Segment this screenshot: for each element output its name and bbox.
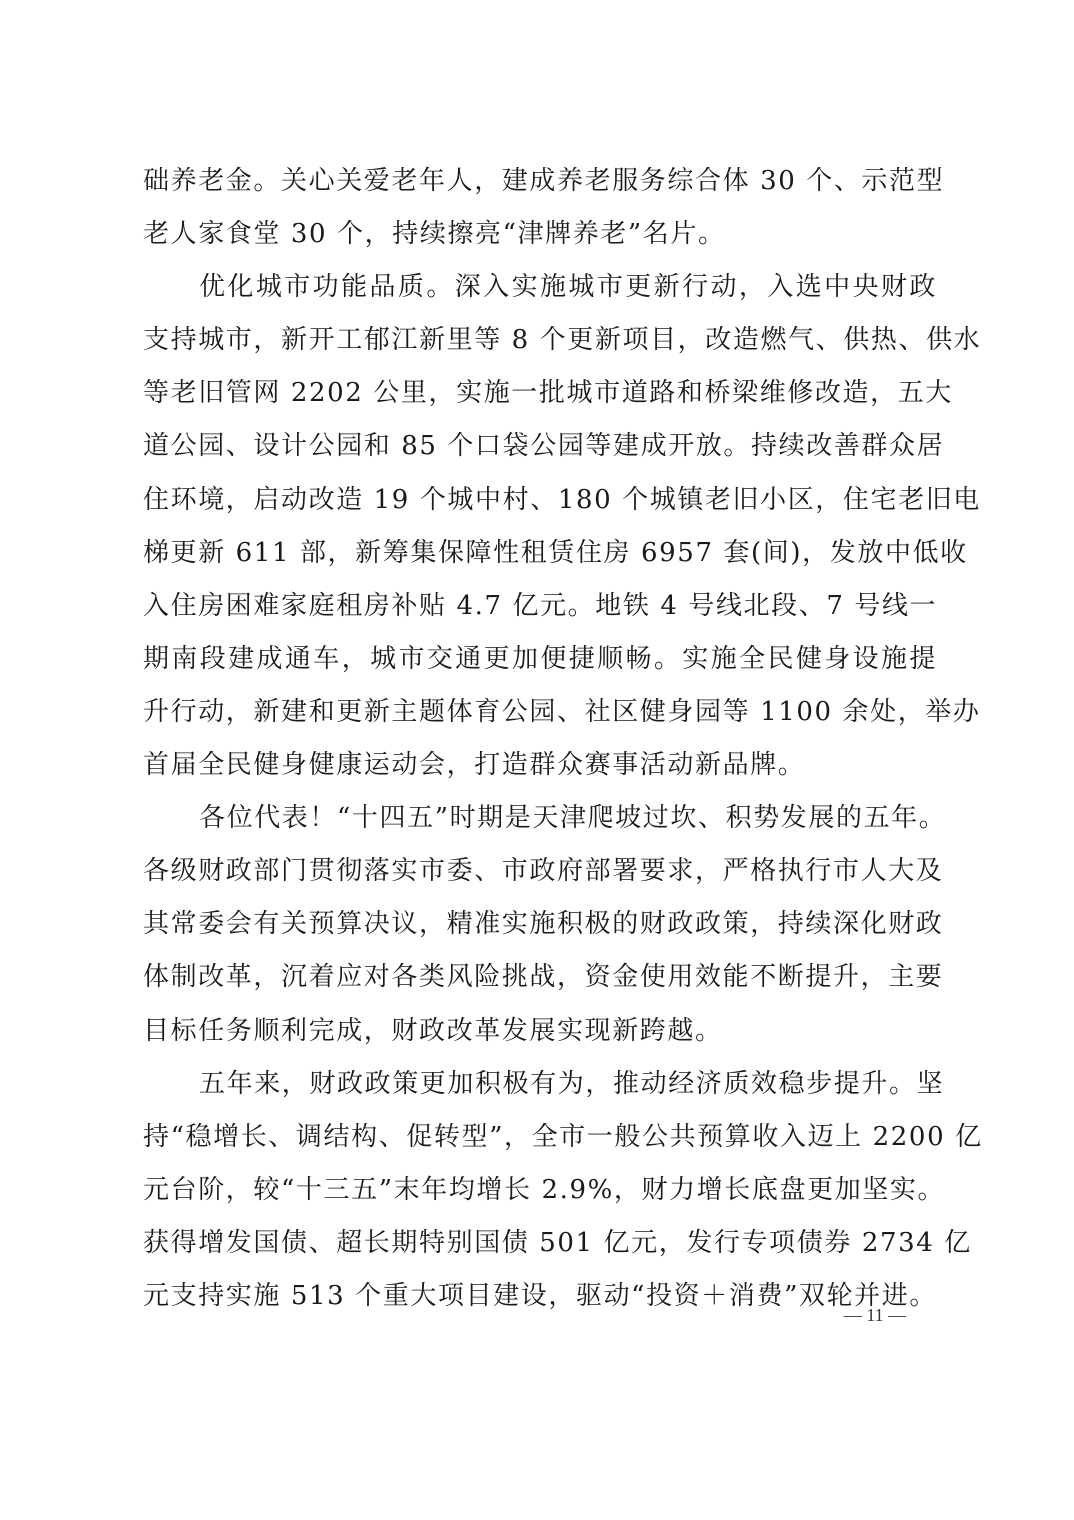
- text-line: 梯更新 611 部，新筹集保障性租赁住房 6957 套(间)，发放中低收: [143, 527, 937, 580]
- paragraph-five-year-review: 各位代表！“十四五”时期是天津爬坡过坎、积势发展的五年。 各级财政部门贯彻落实市…: [143, 792, 937, 1057]
- text-line: 入住房困难家庭租房补贴 4.7 亿元。地铁 4 号线北段、7 号线一: [143, 580, 937, 633]
- text-line: 各级财政部门贯彻落实市委、市政府部署要求，严格执行市人大及: [143, 845, 937, 898]
- paragraph-elderly-care: 础养老金。关心关爱老年人，建成养老服务综合体 30 个、示范型 老人家食堂 30…: [143, 155, 937, 261]
- text-line: 等老旧管网 2202 公里，实施一批城市道路和桥梁维修改造，五大: [143, 367, 937, 420]
- paragraph-urban-quality: 优化城市功能品质。深入实施城市更新行动，入选中央财政 支持城市，新开工郁江新里等…: [143, 261, 937, 792]
- document-page: 础养老金。关心关爱老年人，建成养老服务综合体 30 个、示范型 老人家食堂 30…: [0, 0, 1074, 1520]
- page-number: — 11 —: [820, 1305, 930, 1326]
- text-line: 首届全民健身健康运动会，打造群众赛事活动新品牌。: [143, 739, 937, 792]
- text-line: 道公园、设计公园和 85 个口袋公园等建成开放。持续改善群众居: [143, 420, 937, 473]
- text-line: 获得增发国债、超长期特别国债 501 亿元，发行专项债券 2734 亿: [143, 1217, 937, 1270]
- text-line: 老人家食堂 30 个，持续擦亮“津牌养老”名片。: [143, 208, 937, 261]
- text-line: 础养老金。关心关爱老年人，建成养老服务综合体 30 个、示范型: [143, 155, 937, 208]
- text-line: 升行动，新建和更新主题体育公园、社区健身园等 1100 余处，举办: [143, 686, 937, 739]
- text-line: 五年来，财政政策更加积极有为，推动经济质效稳步提升。坚: [143, 1058, 937, 1111]
- text-line: 各位代表！“十四五”时期是天津爬坡过坎、积势发展的五年。: [143, 792, 937, 845]
- text-line: 元台阶，较“十三五”末年均增长 2.9%，财力增长底盘更加坚实。: [143, 1164, 937, 1217]
- text-line: 期南段建成通车，城市交通更加便捷顺畅。实施全民健身设施提: [143, 633, 937, 686]
- text-line: 元支持实施 513 个重大项目建设，驱动“投资＋消费”双轮并进。: [143, 1270, 937, 1323]
- text-line: 持“稳增长、调结构、促转型”，全市一般公共预算收入迈上 2200 亿: [143, 1111, 937, 1164]
- text-line: 其常委会有关预算决议，精准实施积极的财政政策，持续深化财政: [143, 898, 937, 951]
- paragraph-fiscal-policy: 五年来，财政政策更加积极有为，推动经济质效稳步提升。坚 持“稳增长、调结构、促转…: [143, 1058, 937, 1323]
- text-line: 住环境，启动改造 19 个城中村、180 个城镇老旧小区，住宅老旧电: [143, 474, 937, 527]
- text-line: 目标任务顺利完成，财政改革发展实现新跨越。: [143, 1005, 937, 1058]
- body-text: 础养老金。关心关爱老年人，建成养老服务综合体 30 个、示范型 老人家食堂 30…: [143, 155, 937, 1323]
- text-line: 体制改革，沉着应对各类风险挑战，资金使用效能不断提升，主要: [143, 951, 937, 1004]
- text-line: 优化城市功能品质。深入实施城市更新行动，入选中央财政: [143, 261, 937, 314]
- text-line: 支持城市，新开工郁江新里等 8 个更新项目，改造燃气、供热、供水: [143, 314, 937, 367]
